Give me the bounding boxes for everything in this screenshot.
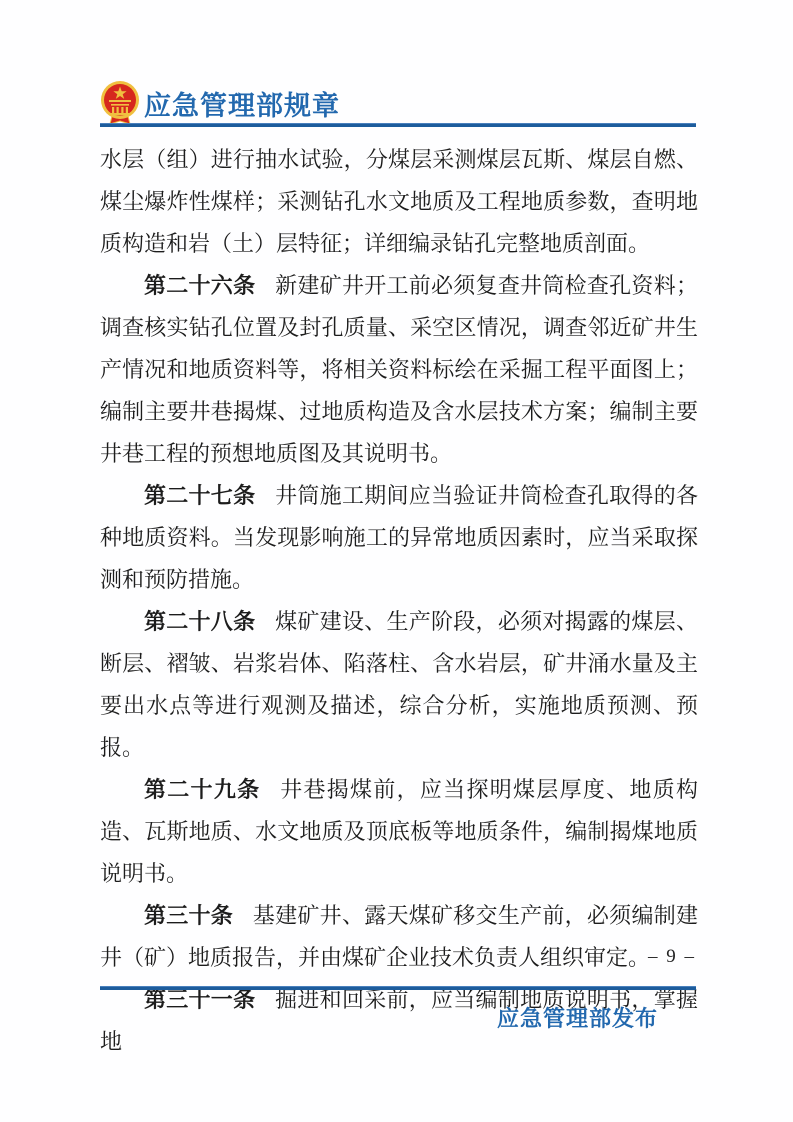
paragraph-article-29: 第二十九条井巷揭煤前，应当探明煤层厚度、地质构造、瓦斯地质、水文地质及顶底板等地… — [100, 769, 698, 895]
article-number: 第二十九条 — [144, 777, 260, 802]
document-page: 应急管理部规章 水层（组）进行抽水试验，分煤层采测煤层瓦斯、煤层自燃、煤尘爆炸性… — [0, 0, 793, 1122]
paragraph-article-27: 第二十七条井筒施工期间应当验证井筒检查孔取得的各种地质资料。当发现影响施工的异常… — [100, 475, 698, 601]
paragraph-text: 水层（组）进行抽水试验，分煤层采测煤层瓦斯、煤层自燃、煤尘爆炸性煤样；采测钻孔水… — [100, 147, 698, 256]
paragraph-article-26: 第二十六条新建矿井开工前必须复查井筒检查孔资料；调查核实钻孔位置及封孔质量、采空… — [100, 265, 698, 475]
paragraph-article-28: 第二十八条煤矿建设、生产阶段，必须对揭露的煤层、断层、褶皱、岩浆岩体、陷落柱、含… — [100, 601, 698, 769]
header-title: 应急管理部规章 — [144, 84, 340, 123]
publisher-label: 应急管理部发布 — [100, 1002, 658, 1033]
paragraph-continuation: 水层（组）进行抽水试验，分煤层采测煤层瓦斯、煤层自燃、煤尘爆炸性煤样；采测钻孔水… — [100, 139, 698, 265]
page-header: 应急管理部规章 — [100, 80, 696, 126]
article-number: 第二十七条 — [144, 483, 255, 508]
paragraph-text: 新建矿井开工前必须复查井筒检查孔资料；调查核实钻孔位置及封孔质量、采空区情况，调… — [100, 273, 698, 466]
article-number: 第二十六条 — [144, 273, 255, 298]
page-number: – 9 – — [100, 946, 696, 968]
header-rule — [100, 123, 696, 127]
document-body: 水层（组）进行抽水试验，分煤层采测煤层瓦斯、煤层自燃、煤尘爆炸性煤样；采测钻孔水… — [100, 139, 698, 1063]
article-number: 第二十八条 — [144, 609, 255, 634]
footer-rule — [100, 986, 696, 990]
article-number: 第三十条 — [144, 903, 233, 928]
national-emblem-icon — [100, 80, 140, 126]
